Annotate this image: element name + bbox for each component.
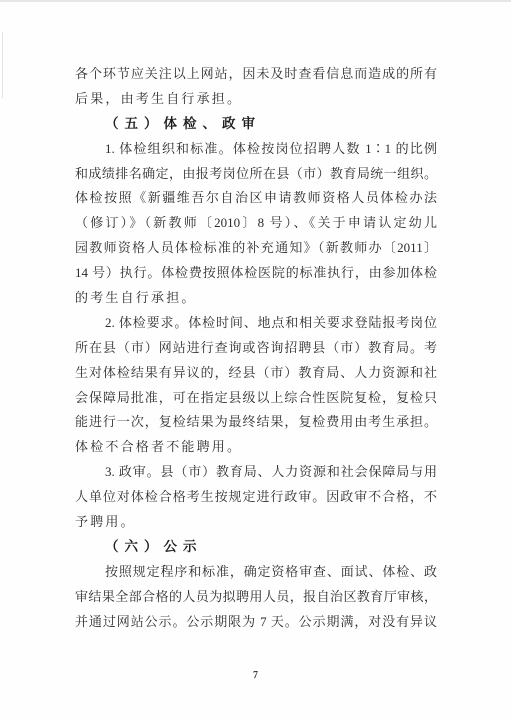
text-line: 审结果全部合格的人员为拟聘用人员，报自治区教育厅审核，: [75, 585, 437, 610]
text-line: 并通过网站公示。公示期限为 7 天。公示期满，对没有异议: [75, 610, 437, 635]
page-body: 各个环节应关注以上网站，因未及时查看信息而造成的所有 后果，由考生自行承担。 （…: [75, 62, 437, 634]
text-line: 按照规定程序和标准，确定资格审查、面试、体检、政: [75, 560, 437, 585]
text-line: 2. 体检要求。体检时间、地点和相关要求登陆报考岗位: [75, 311, 437, 336]
text-line: 予聘用。: [75, 510, 437, 535]
scan-artifact-left-edge: [2, 32, 3, 98]
scan-artifact-top-edge: [0, 0, 511, 2]
page-number: 7: [253, 670, 258, 681]
text-line: 会保障局批准，可在指定县级以上综合性医院复检，复检只: [75, 386, 437, 411]
text-line: 所在县（市）网站进行查询或咨询招聘县（市）教育局。考: [75, 336, 437, 361]
text-line: 园教师资格人员体检标准的补充通知》（新教师办〔2011〕: [75, 236, 437, 261]
text-line: 人单位对体检合格考生按规定进行政审。因政审不合格，不: [75, 485, 437, 510]
text-line: 各个环节应关注以上网站，因未及时查看信息而造成的所有: [75, 62, 437, 87]
text-line: 1. 体检组织和标准。体检按岗位招聘人数 1∶1 的比例: [75, 137, 437, 162]
text-line: 体检不合格者不能聘用。: [75, 435, 437, 460]
text-line: （修订）》（新教师〔2010〕8 号）、《关于申请认定幼儿: [75, 211, 437, 236]
page-footer: 7: [0, 665, 511, 683]
text-line: 后果，由考生自行承担。: [75, 87, 437, 112]
text-line: 3. 政审。县（市）教育局、人力资源和社会保障局与用: [75, 460, 437, 485]
text-line: 体检按照《新疆维吾尔自治区申请教师资格人员体检办法: [75, 186, 437, 211]
text-line: 的考生自行承担。: [75, 286, 437, 311]
text-line: 和成绩排名确定，由报考岗位所在县（市）教育局统一组织。: [75, 162, 437, 187]
text-line: 14 号）执行。体检费按照体检医院的标准执行，由参加体检: [75, 261, 437, 286]
text-line: 生对体检结果有异议的，经县（市）教育局、人力资源和社: [75, 361, 437, 386]
section-heading-5: （五）体检、政审: [75, 112, 437, 137]
scanned-document-page: { "document": { "lines": [ "各个环节应关注以上网站，…: [0, 0, 511, 722]
section-heading-6: （六）公示: [75, 535, 437, 560]
text-line: 能进行一次，复检结果为最终结果，复检费用由考生承担。: [75, 410, 437, 435]
